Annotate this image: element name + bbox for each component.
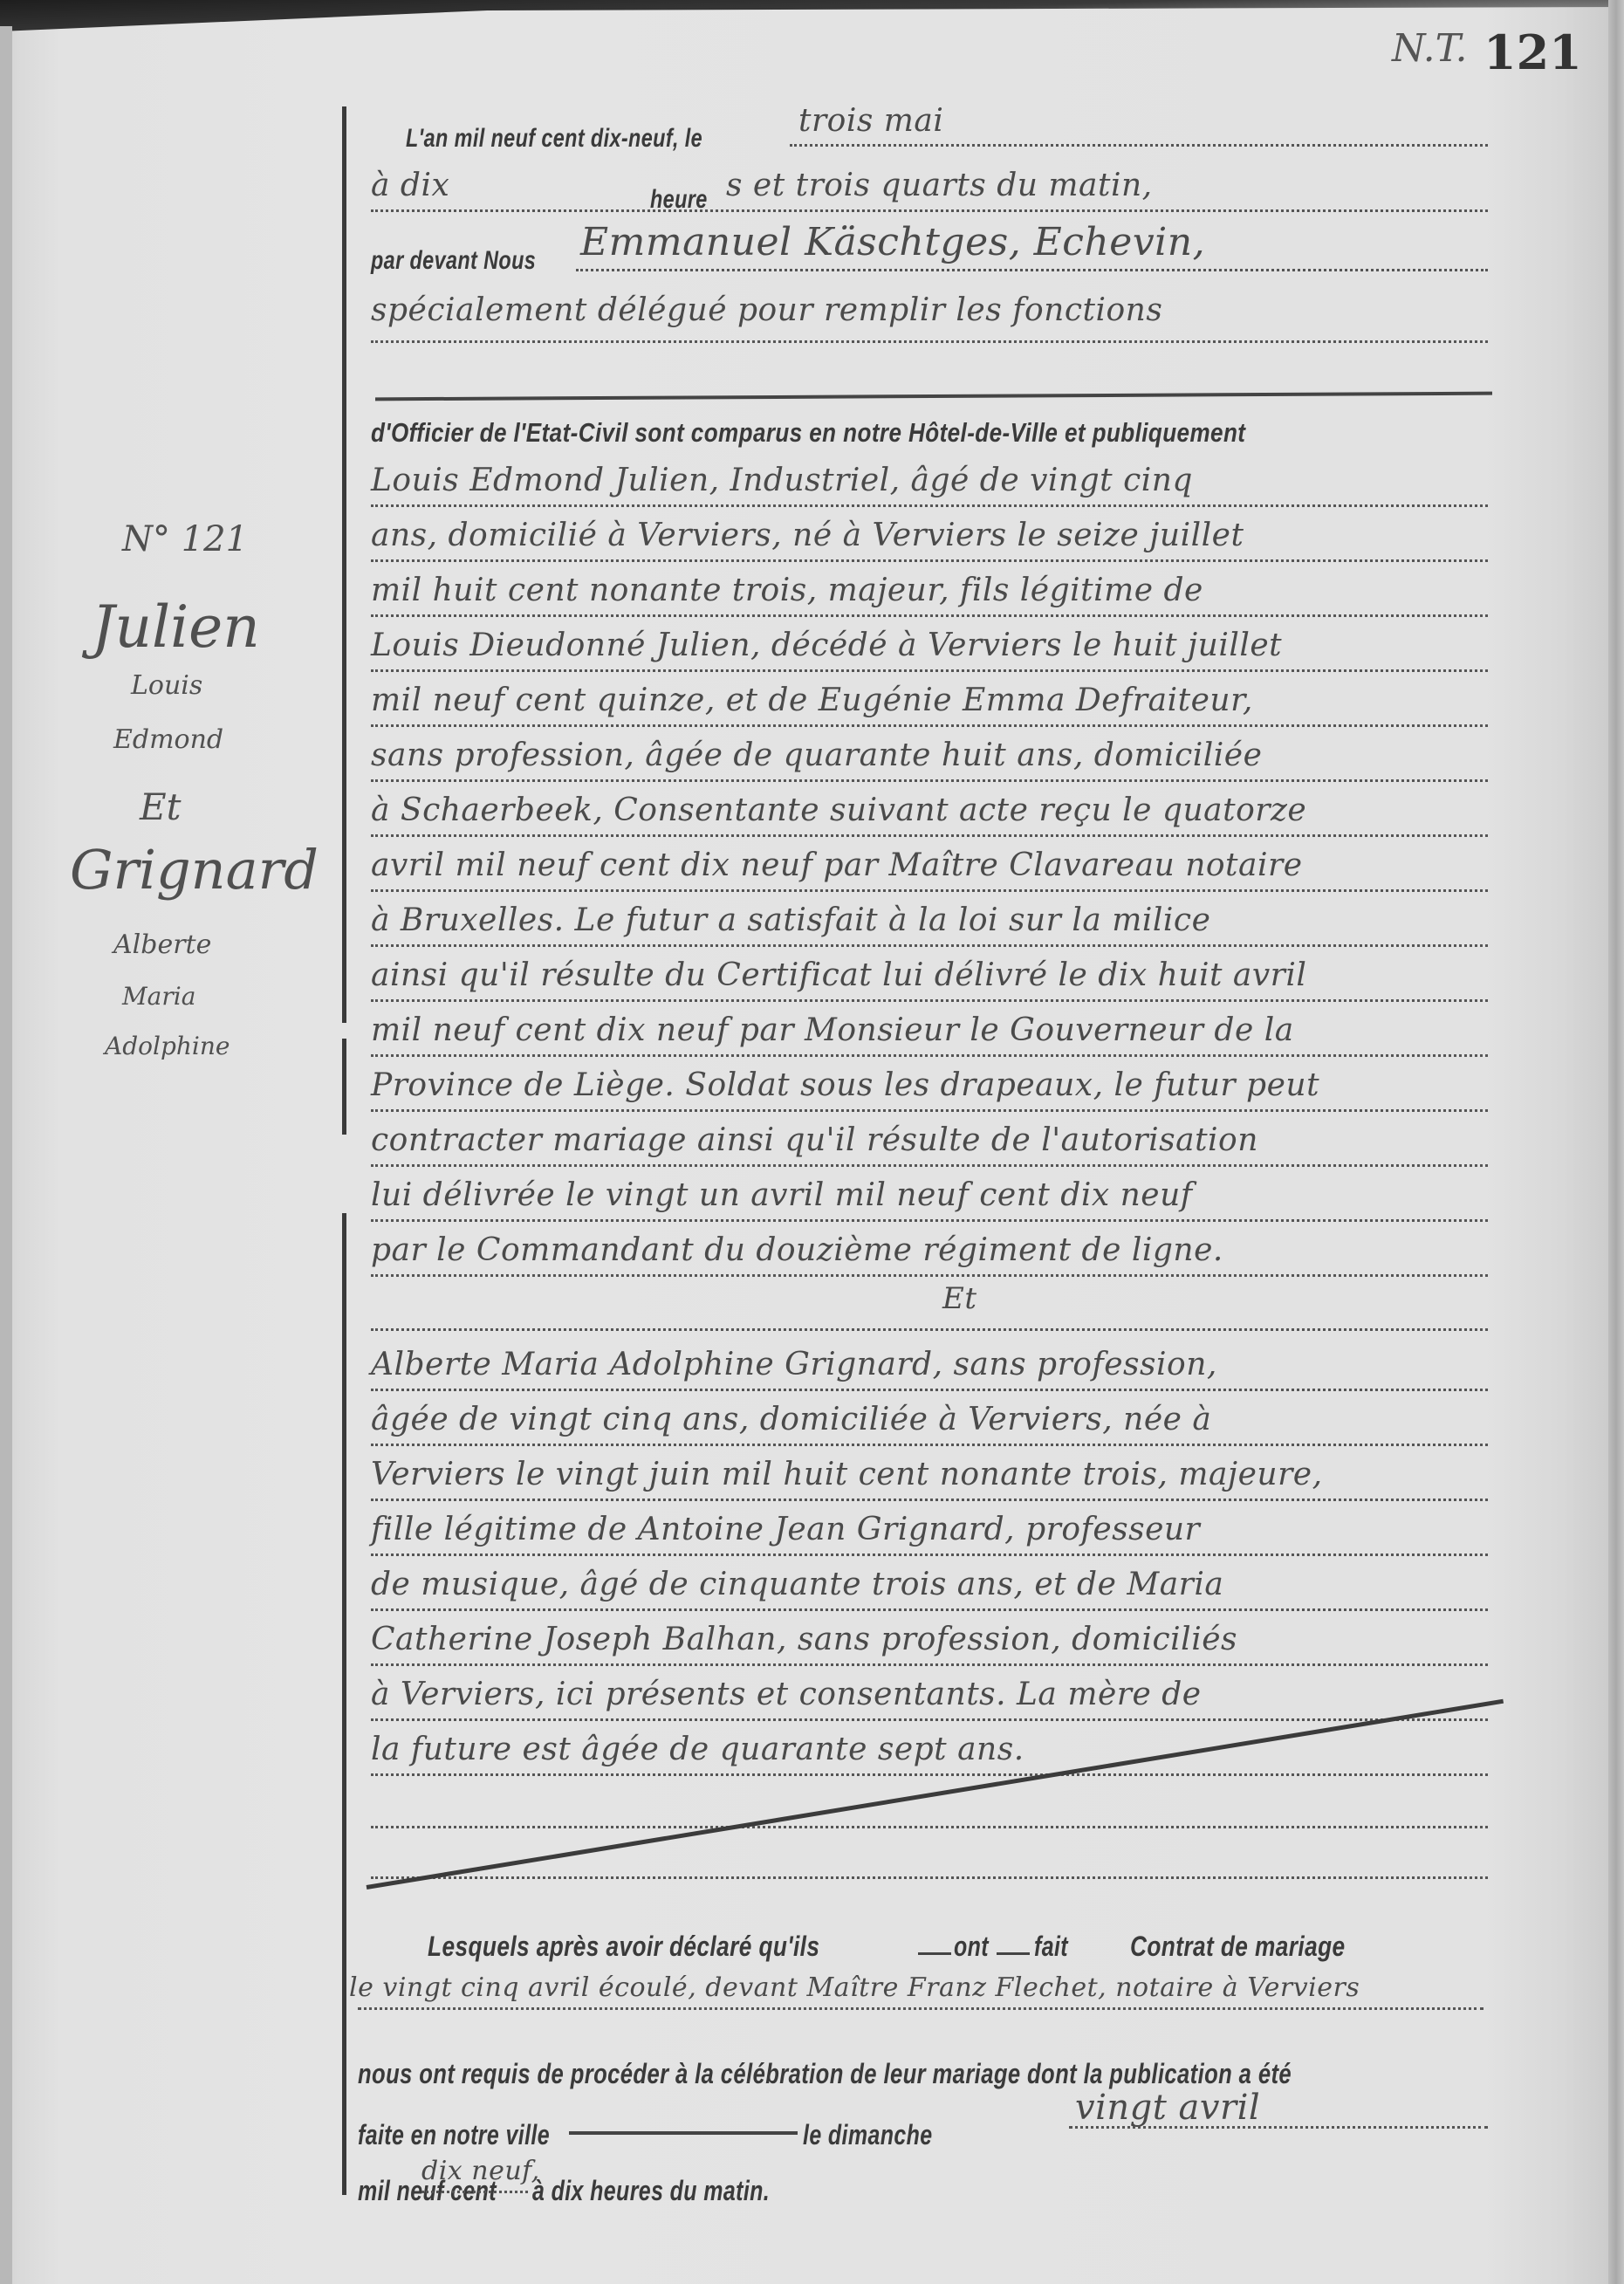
groom-line: à Schaerbeek, Consentante suivant acte r… (371, 792, 1306, 828)
groom-line: mil huit cent nonante trois, majeur, fil… (371, 573, 1203, 608)
groom-line: Louis Dieudonné Julien, décédé à Vervier… (371, 628, 1282, 663)
fill-line (371, 1554, 1488, 1556)
margin-groom-given-2: Edmond (113, 724, 223, 755)
margin-rule (342, 106, 346, 1023)
groom-line: mil neuf cent quinze, et de Eugénie Emma… (371, 682, 1253, 718)
groom-line: ans, domicilié à Verviers, né à Verviers… (371, 518, 1244, 553)
fill-line (371, 1444, 1488, 1446)
contract-label: Contrat de mariage (1130, 1931, 1346, 1963)
publication-place-label: faite en notre ville (358, 2119, 550, 2151)
margin-groom-surname: Julien (92, 593, 260, 661)
publication-time-label: à dix heures du matin. (532, 2175, 770, 2207)
fill-line (358, 2007, 1484, 2010)
contract-request-text: nous ont requis de procéder à la célébra… (358, 2058, 1292, 2090)
groom-line: mil neuf cent dix neuf par Monsieur le G… (371, 1012, 1294, 1048)
fill-line (371, 999, 1488, 1002)
contract-declared-label: Lesquels après avoir déclaré qu'ils (428, 1931, 819, 1963)
groom-line: Louis Edmond Julien, Industriel, âgé de … (371, 463, 1193, 498)
contract-fait: fait (1034, 1931, 1068, 1963)
fill-line (790, 144, 1488, 147)
register-page: N.T. 121 N° 121 Julien Louis Edmond Et G… (0, 0, 1624, 2284)
fill-line (371, 1826, 1488, 1828)
folio-handwritten: N.T. (1392, 26, 1468, 71)
contract-ont: ont (954, 1931, 989, 1963)
publication-year-value: dix neuf, (421, 2156, 540, 2186)
bride-line: à Verviers, ici présents et consentants.… (371, 1677, 1202, 1712)
margin-bride-given-3: Adolphine (105, 1032, 230, 1060)
bride-line: Verviers le vingt juin mil huit cent non… (371, 1457, 1323, 1492)
fill-line (371, 1876, 1488, 1879)
fill-line (371, 1109, 1488, 1112)
bride-line: de musique, âgé de cinquante trois ans, … (371, 1567, 1223, 1602)
margin-bride-given-1: Alberte (113, 929, 211, 960)
header-date-value: trois mai (798, 103, 943, 139)
fill-line (421, 2191, 528, 2193)
header-hour-suffix: s et trois quarts du matin, (726, 168, 1153, 203)
conjunction-et: Et (942, 1281, 976, 1316)
fill-line (576, 269, 1488, 271)
fill-line (371, 614, 1488, 617)
groom-line: Province de Liège. Soldat sous les drape… (371, 1067, 1319, 1103)
fill-line (371, 559, 1488, 562)
groom-line: lui délivrée le vingt un avril mil neuf … (371, 1177, 1193, 1213)
fill-line (371, 944, 1488, 947)
fill-line (371, 834, 1488, 837)
cancellation-stroke (367, 1699, 1504, 1890)
fill-line (371, 1164, 1488, 1167)
header-officer-value: Emmanuel Käschtges, Echevin, (580, 220, 1205, 264)
margin-bride-surname: Grignard (70, 838, 319, 902)
fill-line (371, 1499, 1488, 1501)
folio-number: 121 (1484, 24, 1582, 80)
header-officer-role: spécialement délégué pour remplir les fo… (371, 292, 1162, 328)
fill-line (371, 1274, 1488, 1277)
groom-line: ainsi qu'il résulte du Certificat lui dé… (371, 957, 1306, 993)
fill-line (371, 889, 1488, 892)
fill-line (371, 1219, 1488, 1222)
fill-line (371, 1663, 1488, 1666)
groom-line: sans profession, âgée de quarante huit a… (371, 737, 1262, 773)
groom-line: par le Commandant du douzième régiment d… (371, 1232, 1223, 1268)
publication-day-label: le dimanche (803, 2119, 933, 2151)
header-date-label: L'an mil neuf cent dix-neuf, le (406, 124, 702, 154)
groom-line: contracter mariage ainsi qu'il résulte d… (371, 1122, 1258, 1158)
section-divider (375, 392, 1492, 401)
bride-line: Alberte Maria Adolphine Grignard, sans p… (371, 1347, 1217, 1382)
bride-line: fille légitime de Antoine Jean Grignard,… (371, 1512, 1200, 1547)
fill-line (371, 340, 1488, 343)
fill-line (1069, 2126, 1488, 2129)
fill-line (371, 504, 1488, 507)
groom-line: avril mil neuf cent dix neuf par Maître … (371, 847, 1303, 883)
margin-conjunction: Et (140, 785, 182, 828)
contract-details: le vingt cinq avril écoulé, devant Maîtr… (349, 1972, 1360, 2003)
fill-line (371, 209, 1488, 212)
margin-act-number: N° 121 (122, 519, 248, 559)
fill-line (371, 1328, 1488, 1331)
header-hour-value: à dix (371, 168, 449, 203)
margin-groom-given-1: Louis (131, 670, 202, 701)
groom-line: à Bruxelles. Le futur a satisfait à la l… (371, 902, 1210, 938)
blank-rule (918, 1952, 951, 1955)
fill-line (371, 1054, 1488, 1057)
bride-line: Catherine Joseph Balhan, sans profession… (371, 1622, 1237, 1657)
fill-line (371, 1718, 1488, 1721)
header-officer-label: par devant Nous (371, 246, 536, 276)
margin-rule (342, 1213, 346, 2195)
blank-rule (569, 2131, 798, 2135)
margin-rule (342, 1039, 346, 1135)
fill-line (371, 1608, 1488, 1611)
blank-rule (997, 1952, 1030, 1955)
page-right-edge (1608, 0, 1624, 2284)
fill-line (371, 1389, 1488, 1391)
bride-line: âgée de vingt cinq ans, domiciliée à Ver… (371, 1402, 1211, 1437)
margin-bride-given-2: Maria (122, 982, 195, 1011)
page-left-edge (0, 26, 12, 2284)
scan-top-shadow (0, 0, 1624, 35)
intro-text: d'Officier de l'Etat-Civil sont comparus… (371, 417, 1245, 449)
fill-line (371, 724, 1488, 727)
fill-line (371, 669, 1488, 672)
fill-line (371, 1773, 1488, 1776)
bride-line: la future est âgée de quarante sept ans. (371, 1732, 1024, 1767)
publication-date-value: vingt avril (1075, 2088, 1260, 2128)
fill-line (371, 779, 1488, 782)
